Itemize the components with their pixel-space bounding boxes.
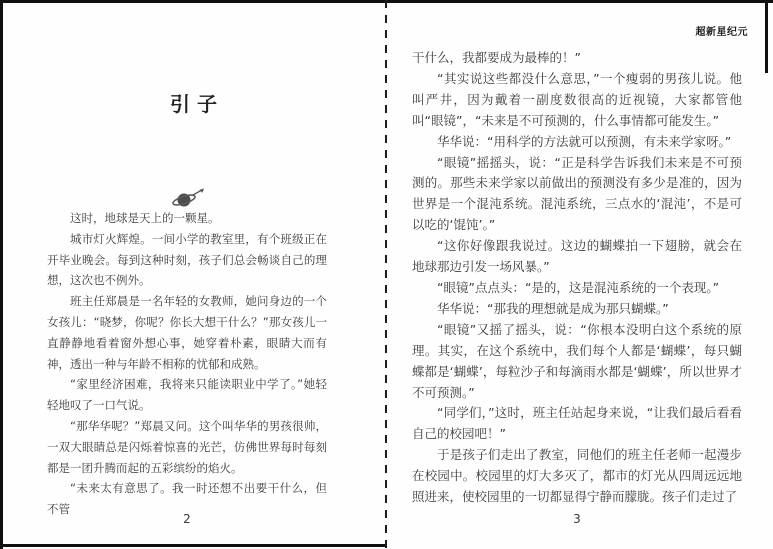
paragraph: 华华说：“那我的理想就是成为那只蝴蝶。” [412,299,742,320]
running-header-book-title: 超新星纪元 [412,23,748,38]
paragraph: “眼镜”又摇了摇头，说：“你根本没明白这个系统的原理。其实，在这个系统中，我们每… [412,320,742,404]
paragraph: 华华说：“用科学的方法就可以预测，有未来学家呀。” [412,132,742,153]
page-number-right: 3 [412,512,742,526]
paragraph: 班主任郑晨是一名年轻的女教师，她问身边的一个女孩儿：“晓梦，你呢？你长大想干什么… [47,291,327,374]
paragraph: 城市灯火辉煌。一间小学的教室里，有个班级正在开毕业晚会。每到这种时刻，孩子们总会… [47,229,327,291]
scan-border-bottom [0,544,387,547]
paragraph: “家里经济困难，我将来只能读职业中学了。”她轻轻地叹了一口气说。 [47,374,327,416]
book-spread: 引 子 这时，地球是天上的一颗星。城市灯火辉煌。一间小学的教室里，有个班级正在开… [0,0,773,549]
right-page-body: 干什么，我都要成为最棒的！”“其实说这些都没什么意思，”一个瘦弱的男孩儿说。他叫… [412,48,742,508]
paragraph: 于是孩子们走出了教室，同他们的班主任老师一起漫步在校园中。校园里的灯大多灭了，都… [412,445,742,508]
scan-border-left [0,0,3,549]
paragraph: “其实说这些都没什么意思，”一个瘦弱的男孩儿说。他叫严井，因为戴着一副度数很高的… [412,69,742,132]
paragraph: “同学们，”这时，班主任站起身来说，“让我们最后看看自己的校园吧！” [412,403,742,445]
paragraph: 干什么，我都要成为最棒的！” [412,48,742,69]
paragraph: “眼镜”点点头：“是的，这是混沌系统的一个表现。” [412,278,742,299]
paragraph: 这时，地球是天上的一颗星。 [47,208,327,229]
paragraph: “这你好像跟我说过。这边的蝴蝶拍一下翅膀，就会在地球那边引发一场风暴。” [412,236,742,278]
left-page-body: 这时，地球是天上的一颗星。城市灯火辉煌。一间小学的教室里，有个班级正在开毕业晚会… [47,208,327,520]
page-number-left: 2 [0,512,374,526]
chapter-title: 引 子 [0,88,387,117]
page-fold-dashed-line [385,0,387,549]
paragraph: “那华华呢？”郑晨又问。这个叫华华的男孩很帅，一双大眼睛总是闪烁着惊喜的光芒，仿… [47,416,327,478]
scan-border-right [765,0,768,73]
paragraph: “眼镜”摇摇头，说：“正是科学告诉我们未来是不可预测的。那些未来学家以前做出的预… [412,153,742,237]
